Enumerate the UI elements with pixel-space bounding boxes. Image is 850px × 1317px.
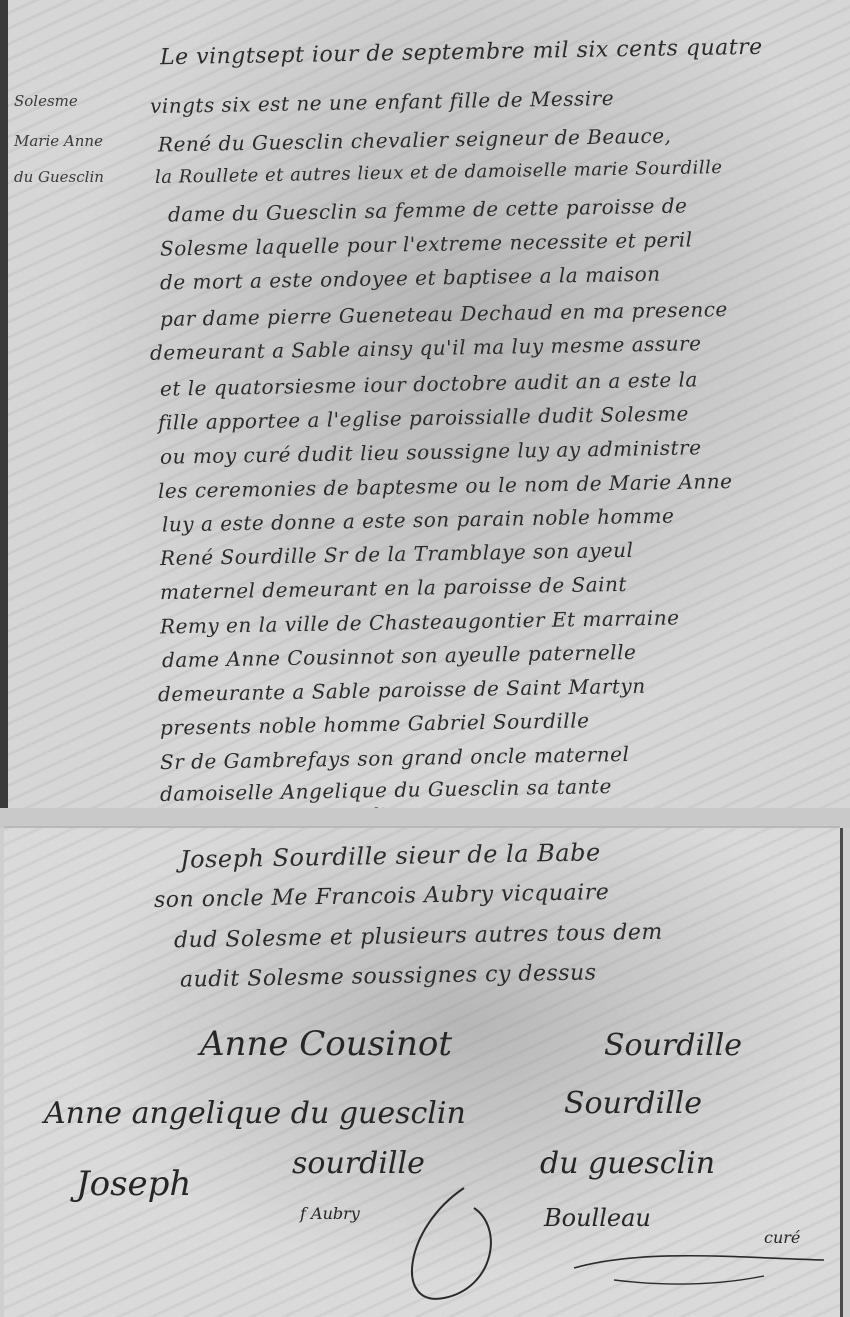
signature-sourdille-2: Sourdille	[564, 1086, 702, 1121]
entry-line-14: luy a este donne a este son parain noble…	[162, 504, 675, 537]
entry-line-8: par dame pierre Gueneteau Dechaud en ma …	[160, 297, 728, 331]
margin-note-name: Marie Anne	[14, 132, 103, 150]
entry-line-7: de mort a este ondoyee et baptisee a la …	[160, 262, 661, 295]
entry-line-16: maternel demeurant en la paroisse de Sai…	[160, 572, 627, 604]
entry-line-10: et le quatorsiesme iour doctobre audit a…	[160, 367, 698, 400]
entry-line-6: Solesme laquelle pour l'extreme necessit…	[160, 227, 693, 260]
signature-anne-cousinot: Anne Cousinot	[200, 1024, 452, 1064]
entry-line-13: les ceremonies de baptesme ou le nom de …	[158, 469, 733, 503]
register-page-bottom: Joseph Sourdille sieur de la Babe son on…	[4, 826, 840, 1317]
entry-line-5: dame du Guesclin sa femme de cette paroi…	[168, 193, 688, 226]
continuation-line-1: Joseph Sourdille sieur de la Babe	[180, 838, 601, 873]
margin-note-family: du Guesclin	[14, 168, 104, 186]
entry-line-2: vingts six est ne une enfant fille de Me…	[150, 86, 614, 118]
entry-line-22: damoiselle Angelique du Guesclin sa tant…	[160, 774, 612, 806]
continuation-line-3: dud Solesme et plusieurs autres tous dem	[174, 920, 663, 954]
entry-line-11: fille apportee a l'eglise paroissialle d…	[158, 401, 689, 434]
entry-line-19: demeurante a Sable paroisse de Saint Mar…	[158, 674, 646, 707]
entry-line-9: demeurant a Sable ainsy qu'il ma luy mes…	[150, 331, 702, 365]
continuation-line-2: son oncle Me Francois Aubry vicquaire	[154, 880, 610, 913]
binding-edge-right	[840, 828, 843, 1317]
signature-sourdille-1: Sourdille	[604, 1028, 742, 1063]
entry-line-17: Remy en la ville de Chasteaugontier Et m…	[160, 605, 680, 638]
entry-line-1: Le vingtsept iour de septembre mil six c…	[160, 35, 763, 71]
entry-line-3: René du Guesclin chevalier seigneur de B…	[158, 124, 672, 157]
entry-line-4: la Roullete et autres lieux et de damois…	[155, 157, 723, 188]
margin-note-parish: Solesme	[14, 92, 78, 110]
entry-line-15: René Sourdille Sr de la Tramblaye son ay…	[160, 538, 634, 570]
entry-line-20: presents noble homme Gabriel Sourdille	[160, 708, 590, 739]
signature-anne-angelique: Anne angelique du guesclin	[44, 1096, 466, 1131]
continuation-line-4: audit Solesme soussignes cy dessus	[180, 960, 597, 992]
signature-f-aubry: f Aubry	[300, 1204, 360, 1223]
signature-flourish-icon	[384, 1168, 844, 1317]
binding-edge	[0, 0, 8, 822]
signature-joseph: Joseph	[76, 1164, 191, 1204]
register-page-top: Solesme Marie Anne du Guesclin Le vingts…	[0, 0, 850, 822]
entry-line-12: ou moy curé dudit lieu soussigne luy ay …	[160, 435, 702, 468]
page-gap	[0, 808, 850, 828]
entry-line-21: Sr de Gambrefays son grand oncle materne…	[160, 742, 630, 774]
entry-line-18: dame Anne Cousinnot son ayeulle paternel…	[162, 640, 637, 672]
